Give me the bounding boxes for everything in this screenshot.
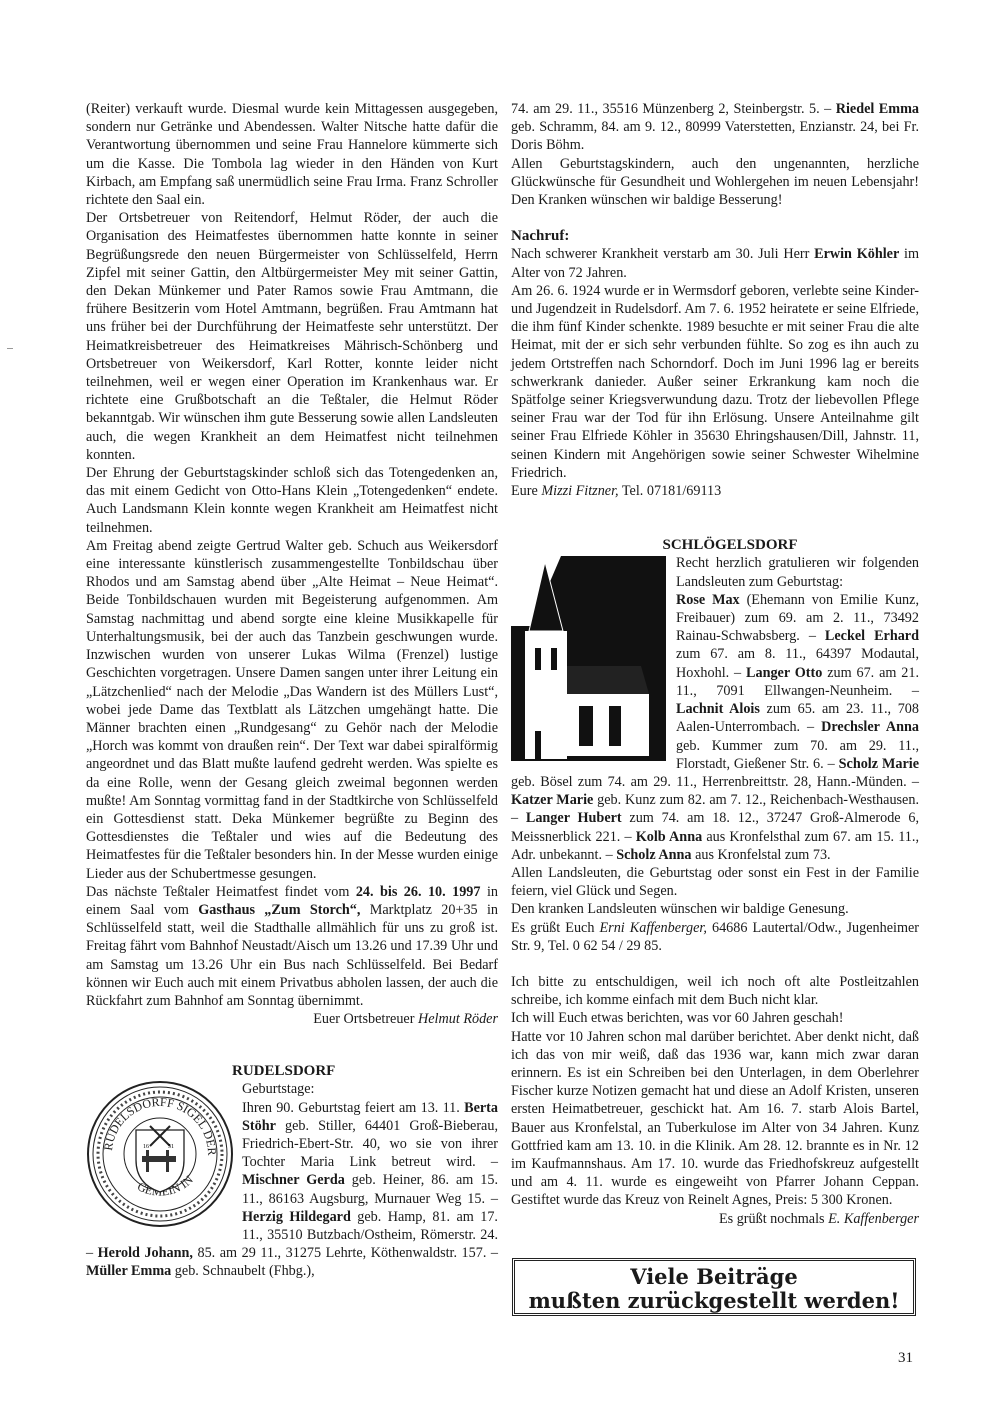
rudelsdorf-seal-image: RUDELSDORFF SIGEL DER GEMEIN IN 16 51: [86, 1080, 234, 1228]
left-column: (Reiter) verkauft wurde. Diesmal wurde k…: [86, 100, 498, 1281]
notice-line-2: mußten zurückgestellt werden!: [515, 1289, 913, 1313]
svg-text:16: 16: [143, 1144, 149, 1150]
obituary-signature: Eure Mizzi Fitzner, Tel. 07181/69113: [511, 482, 919, 500]
paragraph: Der Ehrung der Geburtstagskinder schloß …: [86, 464, 498, 537]
paragraph: Allen Geburtstagskindern, auch den ungen…: [511, 155, 919, 210]
schloegelsdorf-section: SCHLÖGELSDORF Recht herzlich gratulieren…: [511, 536, 919, 1228]
festival-venue: Gasthaus „Zum Storch“,: [198, 902, 360, 918]
obituary-title: Nachruf:: [511, 227, 919, 245]
obituary-intro: Nach schwerer Krankheit verstarb am 30. …: [511, 245, 919, 281]
paragraph: Hatte vor 10 Jahren schon mal darüber be…: [511, 1028, 919, 1210]
section-title-schloegelsdorf: SCHLÖGELSDORF: [511, 536, 919, 554]
paragraph: Allen Landsleuten, die Geburtstag oder s…: [511, 864, 919, 900]
notice-line-1: Viele Beiträge: [515, 1265, 913, 1289]
church-icon: [511, 556, 666, 761]
paragraph: Am Freitag abend zeigte Gertrud Walter g…: [86, 537, 498, 883]
paragraph: (Reiter) verkauft wurde. Diesmal wurde k…: [86, 100, 498, 209]
paragraph: Der Ortsbetreuer von Reitendorf, Helmut …: [86, 209, 498, 464]
paragraph: 74. am 29. 11., 35516 Münzenberg 2, Stei…: [511, 100, 919, 155]
page-number: 31: [898, 1350, 913, 1367]
seal-icon: RUDELSDORFF SIGEL DER GEMEIN IN 16 51: [86, 1080, 234, 1228]
obituary-body: Am 26. 6. 1924 wurde er in Wermsdorf geb…: [511, 282, 919, 482]
paragraph: Ich will Euch etwas berichten, was vor 6…: [511, 1009, 919, 1027]
svg-text:51: 51: [168, 1144, 174, 1150]
rudelsdorf-section: RUDELSDORF RUDELSDORFF SIGEL DER GEMEIN …: [86, 1062, 498, 1280]
schloegelsdorf-signature: Es grüßt Euch Erni Kaffenberger, 64686 L…: [511, 919, 919, 955]
church-image: [511, 556, 666, 761]
rudelsdorf-subtitle: Geburtstage:: [242, 1080, 498, 1098]
right-column: 74. am 29. 11., 35516 Münzenberg 2, Stei…: [511, 100, 919, 1228]
paragraph-next-festival: Das nächste Teßtaler Heimatfest findet v…: [86, 883, 498, 1010]
notice-box: Viele Beiträge mußten zurückgestellt wer…: [512, 1258, 916, 1316]
festival-date: 24. bis 26. 10. 1997: [356, 884, 481, 900]
paragraph: Ich bitte zu entschuldigen, weil ich noc…: [511, 973, 919, 1009]
margin-mark: [7, 348, 13, 349]
signature: Euer Ortsbetreuer Helmut Röder: [313, 1010, 498, 1028]
section-title-rudelsdorf: RUDELSDORF: [232, 1062, 498, 1080]
story-signature: Es grüßt nochmals E. Kaffenberger: [511, 1210, 919, 1228]
paragraph: Den kranken Landsleuten wünschen wir bal…: [511, 900, 919, 918]
